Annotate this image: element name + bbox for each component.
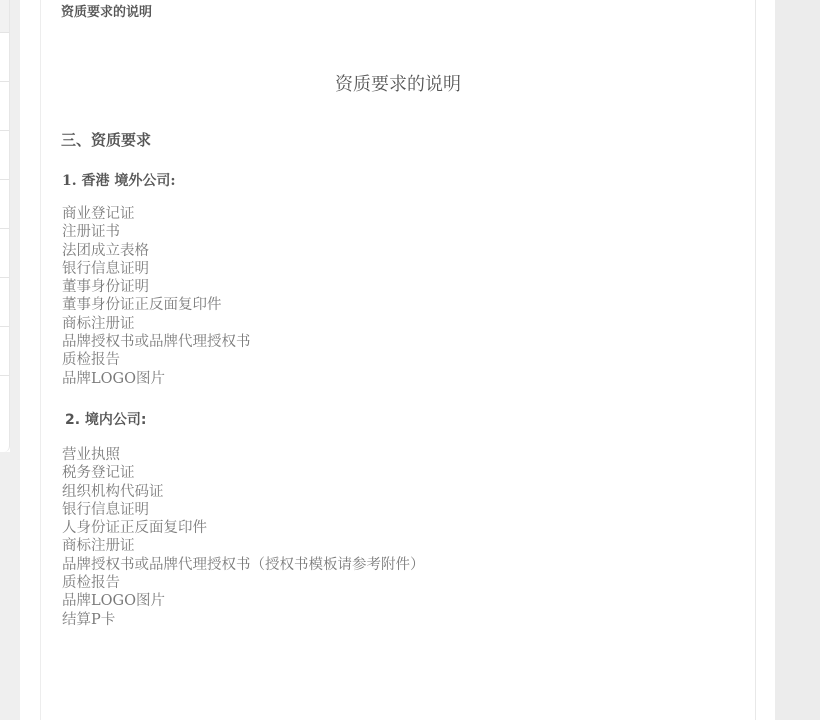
left-gutter-bottom [0, 452, 10, 720]
list-item: 董事身份证正反面复印件 [62, 296, 251, 314]
domestic-requirements-list: 营业执照 税务登记证 组织机构代码证 银行信息证明 人身份证正反面复印件 商标注… [62, 446, 425, 629]
list-item: 银行信息证明 [62, 501, 425, 519]
list-item: 组织机构代码证 [62, 483, 425, 501]
sidebar-item[interactable] [0, 278, 9, 327]
list-item: 商业登记证 [62, 205, 251, 223]
page-stage: 资质要求的说明 资质要求的说明 三、资质要求 1. 香港 境外公司: 商业登记证… [0, 0, 820, 720]
group-heading-overseas: 1. 香港 境外公司: [62, 170, 176, 190]
list-item: 营业执照 [62, 446, 425, 464]
sidebar-item[interactable] [0, 327, 9, 376]
list-item: 银行信息证明 [62, 260, 251, 278]
right-gutter [775, 0, 820, 720]
header-title: 资质要求的说明 [61, 1, 152, 20]
list-item: 注册证书 [62, 223, 251, 241]
sidebar-item[interactable] [0, 229, 9, 278]
list-item: 商标注册证 [62, 315, 251, 333]
sidebar-item[interactable] [0, 131, 9, 180]
list-item: 税务登记证 [62, 464, 425, 482]
sidebar-panel [0, 0, 10, 452]
list-item: 法团成立表格 [62, 242, 251, 260]
document-panel: 资质要求的说明 资质要求的说明 三、资质要求 1. 香港 境外公司: 商业登记证… [40, 0, 756, 720]
list-item: 品牌授权书或品牌代理授权书（授权书模板请参考附件） [62, 556, 425, 574]
overseas-requirements-list: 商业登记证 注册证书 法团成立表格 银行信息证明 董事身份证明 董事身份证正反面… [62, 205, 251, 388]
sidebar-item[interactable] [0, 82, 9, 131]
list-item: 董事身份证明 [62, 278, 251, 296]
sidebar-item[interactable] [0, 180, 9, 229]
document-title: 资质要求的说明 [41, 70, 755, 96]
list-item: 质检报告 [62, 574, 425, 592]
list-item: 人身份证正反面复印件 [62, 519, 425, 537]
sidebar-item[interactable] [0, 33, 9, 82]
group-heading-domestic: 2. 境内公司: [65, 409, 147, 429]
list-item: 品牌授权书或品牌代理授权书 [62, 333, 251, 351]
left-gutter [10, 0, 20, 720]
section-heading: 三、资质要求 [61, 129, 151, 150]
list-item: 品牌LOGO图片 [62, 370, 251, 388]
list-item: 质检报告 [62, 351, 251, 369]
list-item: 结算P卡 [62, 611, 425, 629]
sidebar-item[interactable] [0, 0, 9, 33]
list-item: 品牌LOGO图片 [62, 592, 425, 610]
list-item: 商标注册证 [62, 537, 425, 555]
